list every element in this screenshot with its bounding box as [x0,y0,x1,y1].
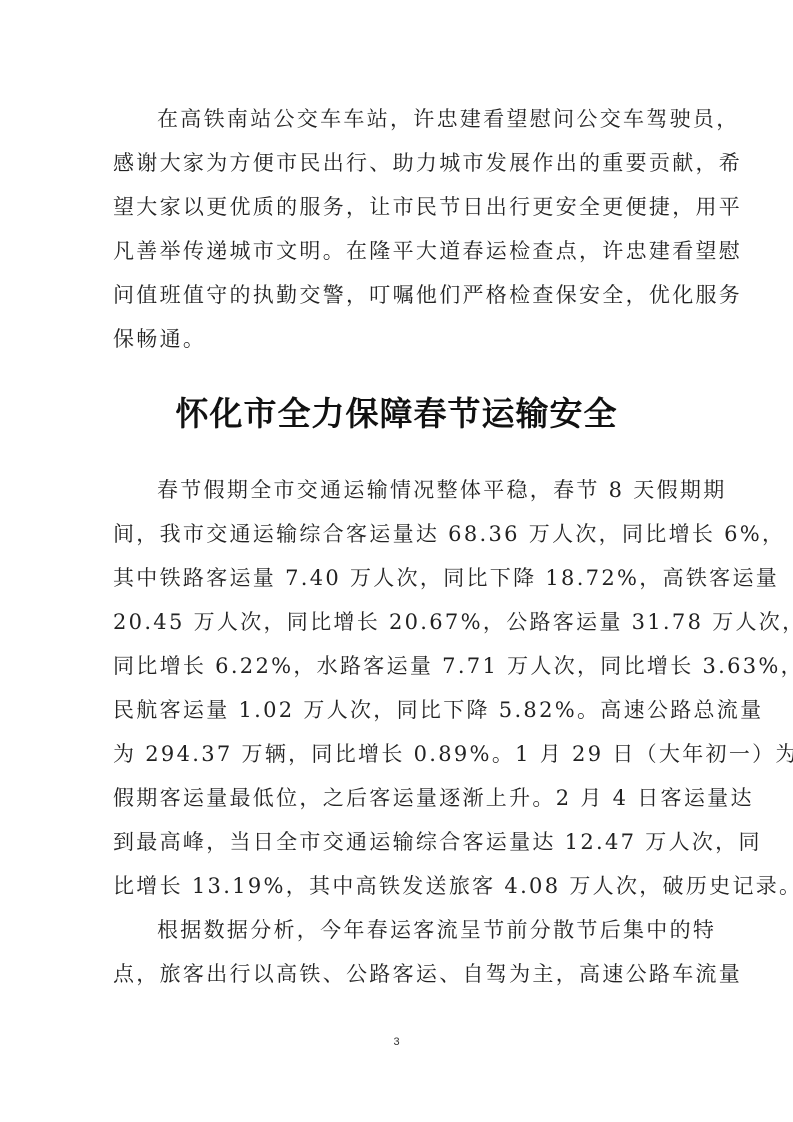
paragraph-line: 问值班值守的执勤交警，叮嘱他们严格检查保安全，优化服务 [113,273,681,317]
paragraph-transport-statistics: 春节假期全市交通运输情况整体平稳，春节 8 天假期期 间，我市交通运输综合客运量… [113,468,681,996]
section-title: 怀化市全力保障春节运输安全 [0,388,793,435]
paragraph-line: 感谢大家为方便市民出行、助力城市发展作出的重要贡献，希 [113,141,681,185]
paragraph-line: 假期客运量最低位，之后客运量逐渐上升。2 月 4 日客运量达 [113,776,681,820]
paragraph-line: 民航客运量 1.02 万人次，同比下降 5.82%。高速公路总流量 [113,688,681,732]
paragraph-line: 春节假期全市交通运输情况整体平稳，春节 8 天假期期 [113,468,681,512]
page-number: 3 [0,1036,793,1048]
paragraph-line: 到最高峰，当日全市交通运输综合客运量达 12.47 万人次，同 [113,820,681,864]
paragraph-line: 比增长 13.19%，其中高铁发送旅客 4.08 万人次，破历史记录。 [113,864,681,908]
paragraph-line: 保畅通。 [113,317,681,361]
paragraph-line: 为 294.37 万辆，同比增长 0.89%。1 月 29 日（大年初一）为 [113,732,681,776]
paragraph-line: 同比增长 6.22%，水路客运量 7.71 万人次，同比增长 3.63%， [113,644,681,688]
paragraph-line: 凡善举传递城市文明。在隆平大道春运检查点，许忠建看望慰 [113,229,681,273]
paragraph-line: 点，旅客出行以高铁、公路客运、自驾为主，高速公路车流量 [113,952,681,996]
paragraph-line: 其中铁路客运量 7.40 万人次，同比下降 18.72%，高铁客运量 [113,556,681,600]
document-page: 在高铁南站公交车车站，许忠建看望慰问公交车驾驶员， 感谢大家为方便市民出行、助力… [0,0,793,1122]
paragraph-line: 根据数据分析，今年春运客流呈节前分散节后集中的特 [113,908,681,952]
paragraph-line: 在高铁南站公交车车站，许忠建看望慰问公交车驾驶员， [113,97,681,141]
paragraph-visit-bus-station: 在高铁南站公交车车站，许忠建看望慰问公交车驾驶员， 感谢大家为方便市民出行、助力… [113,97,681,361]
paragraph-line: 望大家以更优质的服务，让市民节日出行更安全更便捷，用平 [113,185,681,229]
paragraph-line: 间，我市交通运输综合客运量达 68.36 万人次，同比增长 6%， [113,512,681,556]
paragraph-line: 20.45 万人次，同比增长 20.67%，公路客运量 31.78 万人次， [113,600,681,644]
